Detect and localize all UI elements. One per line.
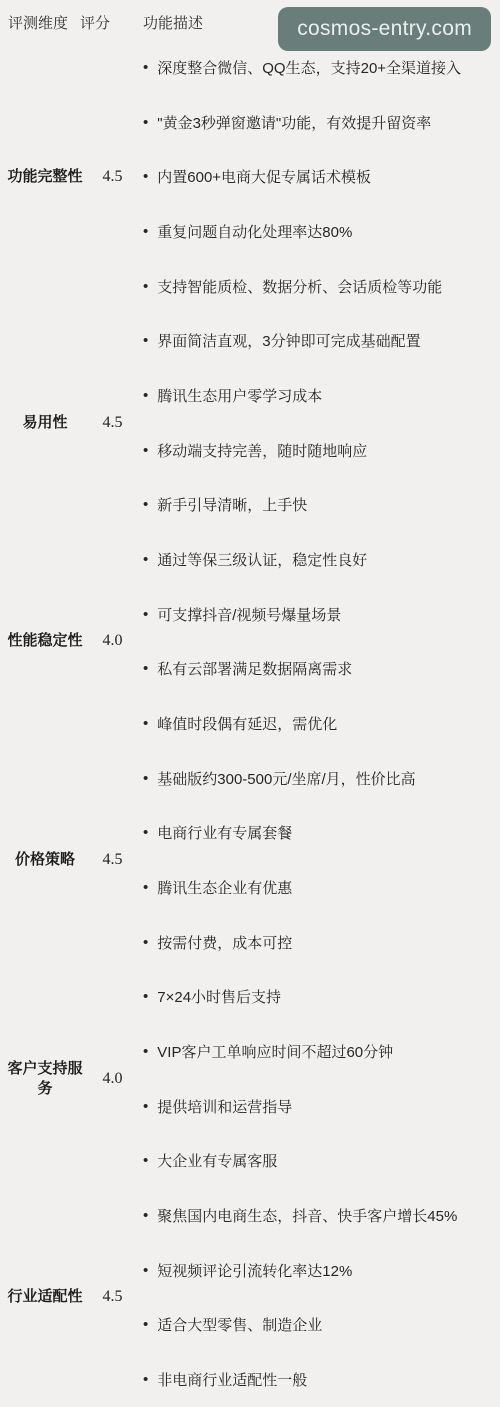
feature-text: 私有云部署满足数据隔离需求 [157, 658, 352, 679]
feature-text: 支持智能质检、数据分析、会话质检等功能 [157, 276, 442, 297]
dimension-label: 客户支持服务 [0, 969, 90, 1188]
feature-item: • 腾讯生态用户零学习成本 [143, 368, 496, 423]
score-value: 4.0 [90, 969, 135, 1188]
feature-text: 峰值时段偶有延迟，需优化 [157, 713, 337, 734]
feature-text: "黄金3秒弹窗邀请"功能，有效提升留资率 [157, 112, 431, 133]
bullet-icon: • [143, 770, 148, 787]
feature-text: VIP客户工单响应时间不超过60分钟 [157, 1041, 393, 1062]
feature-text: 基础版约300-500元/坐席/月，性价比高 [157, 768, 415, 789]
feature-item: • 适合大型零售、制造企业 [143, 1297, 496, 1352]
table-row: 行业适配性 4.5 • 聚焦国内电商生态，抖音、快手客户增长45% • 短视频评… [0, 1188, 500, 1407]
table-row: 性能稳定性 4.0 • 通过等保三级认证，稳定性良好 • 可支撑抖音/视频号爆量… [0, 532, 500, 751]
feature-text: 深度整合微信、QQ生态，支持20+全渠道接入 [157, 57, 461, 78]
feature-text: 腾讯生态用户零学习成本 [157, 385, 322, 406]
bullet-icon: • [143, 332, 148, 349]
table-row: 客户支持服务 4.0 • 7×24小时售后支持 • VIP客户工单响应时间不超过… [0, 969, 500, 1188]
feature-text: 重复问题自动化处理率达80% [157, 221, 352, 242]
feature-text: 短视频评论引流转化率达12% [157, 1260, 352, 1281]
score-value: 4.5 [90, 313, 135, 532]
bullet-icon: • [143, 934, 148, 951]
feature-list: • 深度整合微信、QQ生态，支持20+全渠道接入 • "黄金3秒弹窗邀请"功能，… [135, 40, 500, 313]
feature-item: • 基础版约300-500元/坐席/月，性价比高 [143, 751, 496, 806]
feature-list: • 聚焦国内电商生态，抖音、快手客户增长45% • 短视频评论引流转化率达12%… [135, 1188, 500, 1407]
feature-item: • 大企业有专属客服 [143, 1133, 496, 1188]
bullet-icon: • [143, 715, 148, 732]
feature-item: • "黄金3秒弹窗邀请"功能，有效提升留资率 [143, 95, 496, 150]
feature-text: 界面简洁直观，3分钟即可完成基础配置 [157, 330, 420, 351]
dimension-label: 价格策略 [0, 751, 90, 970]
feature-text: 大企业有专属客服 [157, 1150, 277, 1171]
feature-list: • 通过等保三级认证，稳定性良好 • 可支撑抖音/视频号爆量场景 • 私有云部署… [135, 532, 500, 751]
feature-item: • 重复问题自动化处理率达80% [143, 204, 496, 259]
bullet-icon: • [143, 1043, 148, 1060]
feature-item: • 腾讯生态企业有优惠 [143, 860, 496, 915]
evaluation-table-page: cosmos-entry.com 评测维度 评分 功能描述 功能完整性 4.5 … [0, 0, 500, 1407]
feature-item: • 私有云部署满足数据隔离需求 [143, 641, 496, 696]
feature-text: 内置600+电商大促专属话术模板 [157, 166, 371, 187]
feature-text: 聚焦国内电商生态，抖音、快手客户增长45% [157, 1205, 457, 1226]
feature-text: 可支撑抖音/视频号爆量场景 [157, 604, 341, 625]
bullet-icon: • [143, 168, 148, 185]
feature-list: • 7×24小时售后支持 • VIP客户工单响应时间不超过60分钟 • 提供培训… [135, 969, 500, 1188]
feature-item: • 电商行业有专属套餐 [143, 805, 496, 860]
feature-list: • 基础版约300-500元/坐席/月，性价比高 • 电商行业有专属套餐 • 腾… [135, 751, 500, 970]
feature-item: • VIP客户工单响应时间不超过60分钟 [143, 1024, 496, 1079]
bullet-icon: • [143, 1152, 148, 1169]
feature-text: 新手引导清晰，上手快 [157, 494, 307, 515]
bullet-icon: • [143, 1098, 148, 1115]
dimension-label: 性能稳定性 [0, 532, 90, 751]
feature-text: 腾讯生态企业有优惠 [157, 877, 292, 898]
table-row: 功能完整性 4.5 • 深度整合微信、QQ生态，支持20+全渠道接入 • "黄金… [0, 40, 500, 313]
table-row: 易用性 4.5 • 界面简洁直观，3分钟即可完成基础配置 • 腾讯生态用户零学习… [0, 313, 500, 532]
feature-item: • 支持智能质检、数据分析、会话质检等功能 [143, 259, 496, 314]
bullet-icon: • [143, 442, 148, 459]
feature-item: • 聚焦国内电商生态，抖音、快手客户增长45% [143, 1188, 496, 1243]
feature-list: • 界面简洁直观，3分钟即可完成基础配置 • 腾讯生态用户零学习成本 • 移动端… [135, 313, 500, 532]
feature-text: 提供培训和运营指导 [157, 1096, 292, 1117]
feature-item: • 7×24小时售后支持 [143, 969, 496, 1024]
column-header-description: 功能描述 [143, 12, 203, 33]
dimension-label: 易用性 [0, 313, 90, 532]
dimension-label: 功能完整性 [0, 40, 90, 313]
score-value: 4.5 [90, 751, 135, 970]
feature-item: • 提供培训和运营指导 [143, 1079, 496, 1134]
bullet-icon: • [143, 1262, 148, 1279]
bullet-icon: • [143, 551, 148, 568]
feature-item: • 短视频评论引流转化率达12% [143, 1243, 496, 1298]
feature-item: • 非电商行业适配性一般 [143, 1352, 496, 1407]
bullet-icon: • [143, 1316, 148, 1333]
feature-item: • 新手引导清晰，上手快 [143, 477, 496, 532]
bullet-icon: • [143, 278, 148, 295]
score-value: 4.0 [90, 532, 135, 751]
bullet-icon: • [143, 223, 148, 240]
bullet-icon: • [143, 59, 148, 76]
dimension-label: 行业适配性 [0, 1188, 90, 1407]
feature-item: • 峰值时段偶有延迟，需优化 [143, 696, 496, 751]
feature-text: 按需付费，成本可控 [157, 932, 292, 953]
bullet-icon: • [143, 660, 148, 677]
bullet-icon: • [143, 606, 148, 623]
feature-item: • 移动端支持完善，随时随地响应 [143, 423, 496, 478]
bullet-icon: • [143, 114, 148, 131]
feature-text: 移动端支持完善，随时随地响应 [157, 440, 367, 461]
column-header-dimension: 评测维度 [8, 12, 68, 33]
feature-text: 通过等保三级认证，稳定性良好 [157, 549, 367, 570]
bullet-icon: • [143, 824, 148, 841]
feature-item: • 内置600+电商大促专属话术模板 [143, 149, 496, 204]
bullet-icon: • [143, 1371, 148, 1388]
bullet-icon: • [143, 387, 148, 404]
bullet-icon: • [143, 988, 148, 1005]
feature-item: • 界面简洁直观，3分钟即可完成基础配置 [143, 313, 496, 368]
feature-item: • 可支撑抖音/视频号爆量场景 [143, 587, 496, 642]
column-header-score: 评分 [80, 12, 110, 33]
feature-text: 7×24小时售后支持 [157, 986, 281, 1007]
feature-text: 适合大型零售、制造企业 [157, 1314, 322, 1335]
score-value: 4.5 [90, 40, 135, 313]
feature-text: 电商行业有专属套餐 [157, 822, 292, 843]
bullet-icon: • [143, 1207, 148, 1224]
table-body: 功能完整性 4.5 • 深度整合微信、QQ生态，支持20+全渠道接入 • "黄金… [0, 40, 500, 1407]
watermark-badge: cosmos-entry.com [278, 7, 491, 51]
feature-item: • 按需付费，成本可控 [143, 915, 496, 970]
feature-item: • 通过等保三级认证，稳定性良好 [143, 532, 496, 587]
table-row: 价格策略 4.5 • 基础版约300-500元/坐席/月，性价比高 • 电商行业… [0, 751, 500, 970]
bullet-icon: • [143, 496, 148, 513]
bullet-icon: • [143, 879, 148, 896]
feature-text: 非电商行业适配性一般 [157, 1369, 307, 1390]
score-value: 4.5 [90, 1188, 135, 1407]
